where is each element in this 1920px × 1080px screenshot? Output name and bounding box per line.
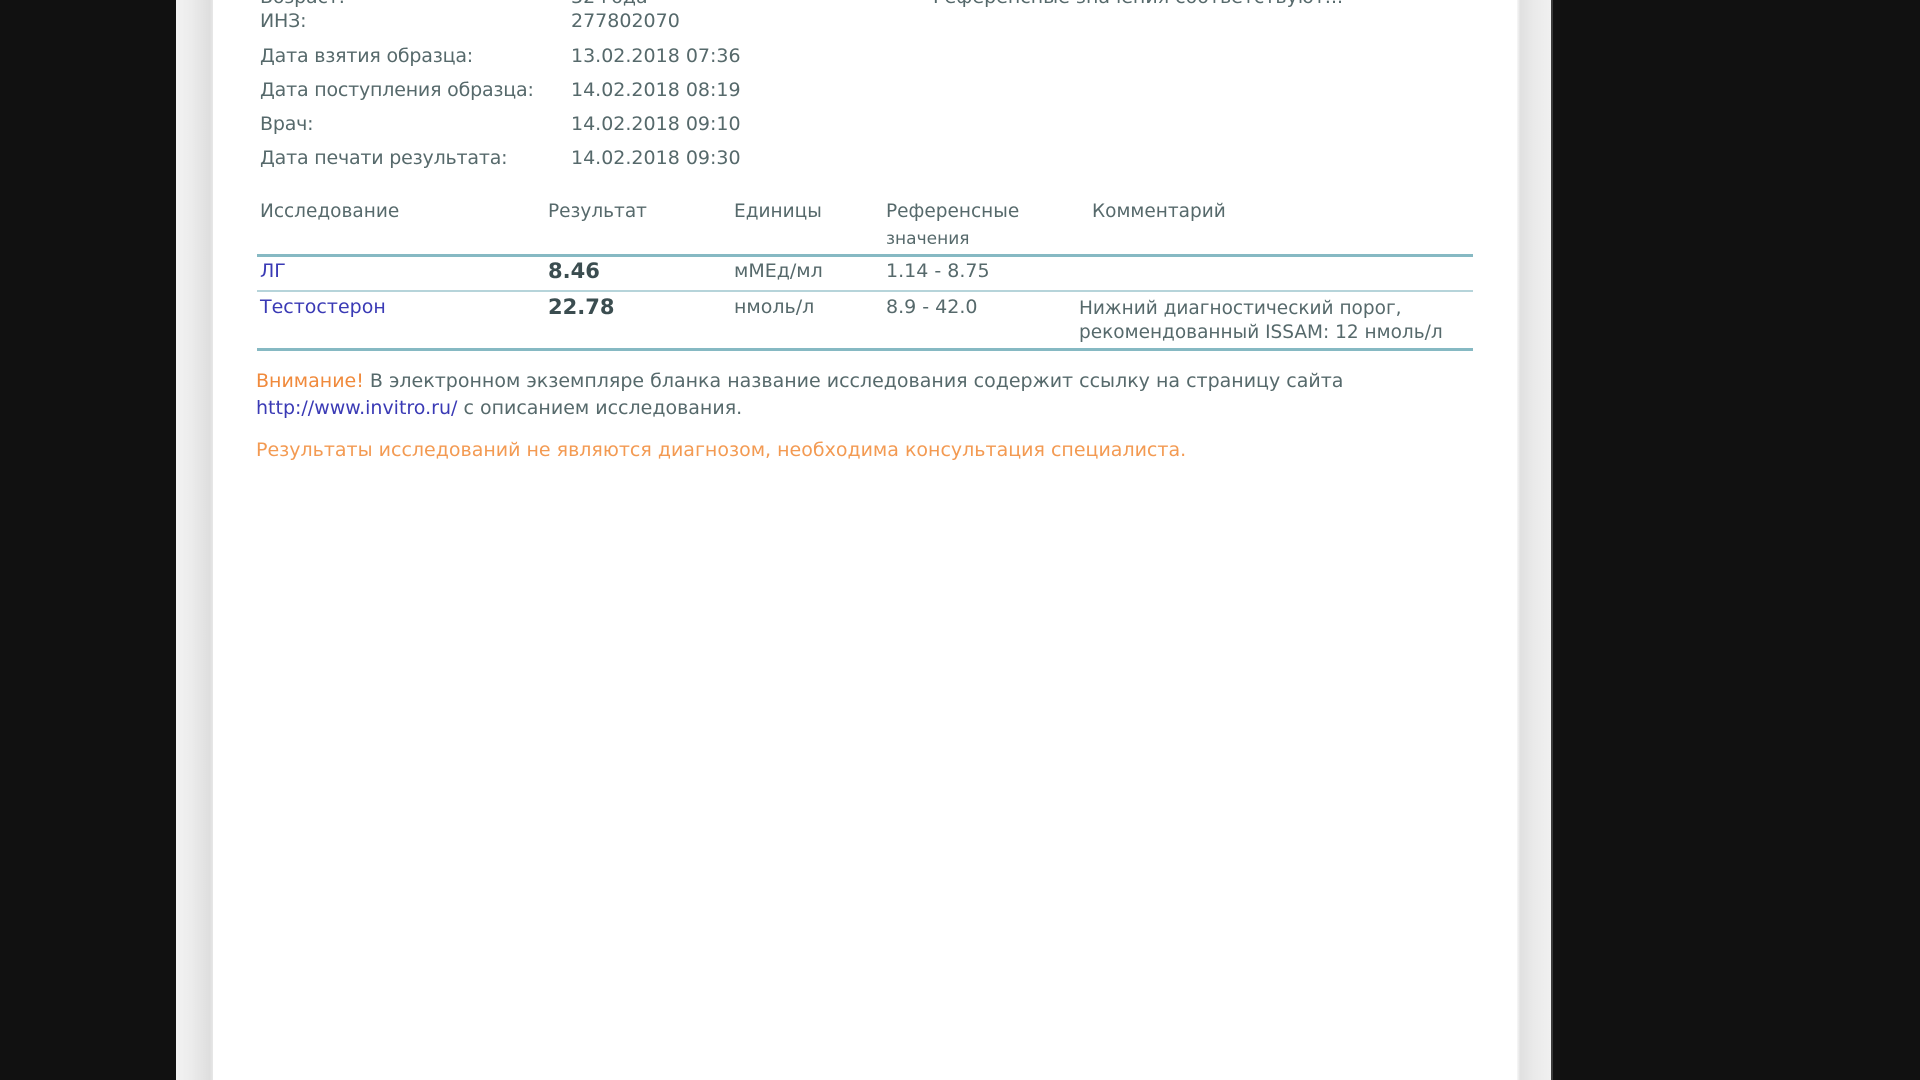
header-comment: Комментарий	[1092, 199, 1226, 225]
attention-label: Внимание!	[256, 370, 364, 392]
viewer-frame-right	[1517, 0, 1553, 1080]
table-bottom-rule	[257, 348, 1473, 351]
info-label-inz: ИНЗ:	[260, 10, 306, 32]
reference-value: 1.14 - 8.75	[886, 260, 990, 282]
info-label-sample-taken: Дата взятия образца:	[260, 45, 473, 67]
invitro-link[interactable]: http://www.invitro.ru/	[256, 397, 457, 419]
test-link-lh[interactable]: ЛГ	[260, 260, 286, 282]
table-header-rule	[257, 254, 1473, 257]
viewer-frame-left	[176, 0, 213, 1080]
table-row-separator	[257, 290, 1473, 292]
info-value-print-date: 14.02.2018 09:30	[571, 147, 741, 169]
info-label-print-date: Дата печати результата:	[260, 147, 507, 169]
comment-line-1: Нижний диагностический порог,	[1079, 296, 1402, 321]
header-test: Исследование	[260, 199, 399, 225]
result-value: 22.78	[548, 295, 614, 319]
result-value: 8.46	[548, 259, 600, 283]
units-value: нмоль/л	[734, 296, 814, 318]
info-value-age: 32 года	[571, 0, 648, 8]
attention-note: Внимание! В электронном экземпляре бланк…	[256, 370, 1343, 392]
link-suffix: с описанием исследования.	[463, 397, 742, 419]
link-note: http://www.invitro.ru/ с описанием иссле…	[256, 397, 742, 419]
info-label-doctor: Врач:	[260, 113, 313, 135]
units-value: мМЕд/мл	[734, 260, 823, 282]
disclaimer: Результаты исследований не являются диаг…	[256, 439, 1186, 461]
info-label-sample-received: Дата поступления образца:	[260, 79, 534, 101]
lab-result-page: Возраст: 32 года Референсные значения со…	[213, 0, 1517, 1080]
attention-text: В электронном экземпляре бланка название…	[370, 370, 1344, 392]
test-link-testosterone[interactable]: Тестостерон	[260, 296, 386, 318]
info-value-inz: 277802070	[571, 10, 680, 32]
info-value-sample-taken: 13.02.2018 07:36	[571, 45, 741, 67]
comment-line-2: рекомендованный ISSAM: 12 нмоль/л	[1079, 320, 1443, 345]
info-value-doctor: 14.02.2018 09:10	[571, 113, 741, 135]
reference-value: 8.9 - 42.0	[886, 296, 977, 318]
info-value-sample-received: 14.02.2018 08:19	[571, 79, 741, 101]
info-label-age: Возраст:	[260, 0, 345, 8]
info-right-note: Референсные значения соответствуют...	[933, 0, 1343, 8]
header-reference-1: Референсные	[886, 199, 1019, 225]
header-units: Единицы	[734, 199, 822, 225]
header-result: Результат	[548, 199, 647, 225]
header-reference-2: значения	[886, 226, 969, 252]
